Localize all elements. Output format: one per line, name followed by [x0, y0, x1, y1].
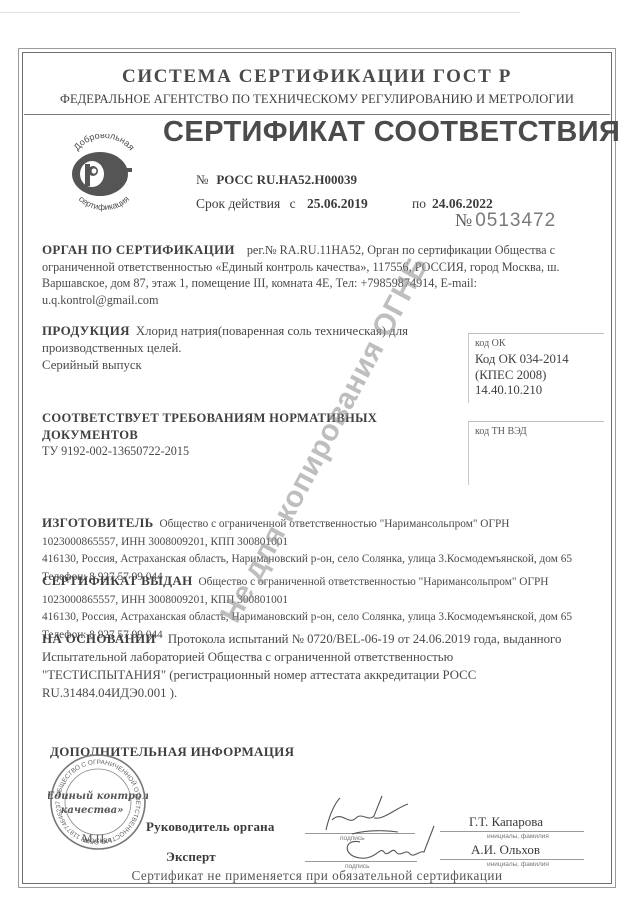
issued-to-address: 416130, Россия, Астраханская область, На…	[42, 609, 582, 627]
svg-text:сертификация: сертификация	[77, 193, 131, 212]
tnved-code-label: код ТН ВЭД	[475, 426, 604, 437]
validity-period-from: Срок действия с 25.06.2019	[196, 196, 368, 212]
expert-name: А.И. Ольхов	[471, 842, 540, 858]
agency-name: ФЕДЕРАЛЬНОЕ АГЕНТСТВО ПО ТЕХНИЧЕСКОМУ РЕ…	[22, 92, 612, 107]
blank-number-symbol: №	[455, 210, 473, 230]
system-title: СИСТЕМА СЕРТИФИКАЦИИ ГОСТ Р	[22, 66, 612, 88]
page-edge-line	[0, 12, 520, 13]
head-of-body-label: Руководитель органа	[146, 819, 275, 835]
valid-to-date: 24.06.2022	[432, 196, 493, 211]
tnved-code-box: код ТН ВЭД	[468, 421, 604, 485]
svg-text:«Единый контроль: «Единый контроль	[48, 791, 148, 802]
head-name: Г.Т. Капарова	[469, 814, 543, 830]
header-divider	[24, 114, 610, 115]
number-label: №	[196, 172, 208, 187]
certification-body-heading: ОРГАН ПО СЕРТИФИКАЦИИ	[42, 242, 235, 257]
expert-name-caption: инициалы, фамилия	[487, 861, 549, 868]
expert-signature-icon	[330, 822, 440, 864]
blank-number-value: 0513472	[475, 210, 556, 231]
expert-name-line	[440, 859, 584, 860]
basis-heading: НА ОСНОВАНИИ	[42, 631, 156, 646]
rst-certification-logo-icon: Добровольная сертификация	[62, 134, 146, 212]
valid-from-date: 25.06.2019	[307, 196, 368, 211]
compliance-section: СООТВЕТСТВУЕТ ТРЕБОВАНИЯМ НОРМАТИВНЫХ ДО…	[42, 410, 472, 460]
expert-label: Эксперт	[166, 849, 216, 865]
from-label: с	[290, 196, 296, 211]
compliance-heading: СООТВЕТСТВУЕТ ТРЕБОВАНИЯМ НОРМАТИВНЫХ ДО…	[42, 410, 472, 443]
manufacturer-address: 416130, Россия, Астраханская область, На…	[42, 551, 582, 569]
ok-code-value: Код ОК 034-2014 (КПЕС 2008) 14.40.10.210	[475, 352, 604, 399]
certificate-header: СИСТЕМА СЕРТИФИКАЦИИ ГОСТ Р ФЕДЕРАЛЬНОЕ …	[22, 66, 612, 107]
manufacturer-heading: ИЗГОТОВИТЕЛЬ	[42, 515, 153, 530]
number-value: РОСС RU.НА52.Н00039	[216, 172, 357, 187]
to-label: по	[412, 196, 426, 211]
head-name-caption: инициалы, фамилия	[487, 833, 549, 840]
product-heading: ПРОДУКЦИЯ	[42, 323, 130, 338]
head-name-line	[440, 831, 584, 832]
certificate-title: СЕРТИФИКАТ СООТВЕТСТВИЯ	[163, 116, 620, 149]
blank-serial-number: №0513472	[455, 210, 556, 232]
basis-section: НА ОСНОВАНИИПротокола испытаний № 0720/B…	[42, 630, 572, 702]
footer-note: Сертификат не применяется при обязательн…	[22, 868, 612, 884]
certification-body-section: ОРГАН ПО СЕРТИФИКАЦИИрег.№ RA.RU.11НА52,…	[42, 242, 572, 308]
ok-code-box: код ОК Код ОК 034-2014 (КПЕС 2008) 14.40…	[468, 333, 604, 403]
svg-text:качества»: качества»	[61, 805, 124, 816]
certificate-number: №РОСС RU.НА52.Н00039	[196, 172, 357, 188]
seal-place-label: М.П.	[82, 831, 107, 846]
normative-document: ТУ 9192-002-13650722-2015	[42, 443, 472, 460]
validity-label: Срок действия	[196, 196, 280, 211]
svg-text:Добровольная: Добровольная	[72, 134, 137, 152]
issued-to-heading: СЕРТИФИКАТ ВЫДАН	[42, 573, 193, 588]
ok-code-label: код ОК	[475, 338, 604, 349]
